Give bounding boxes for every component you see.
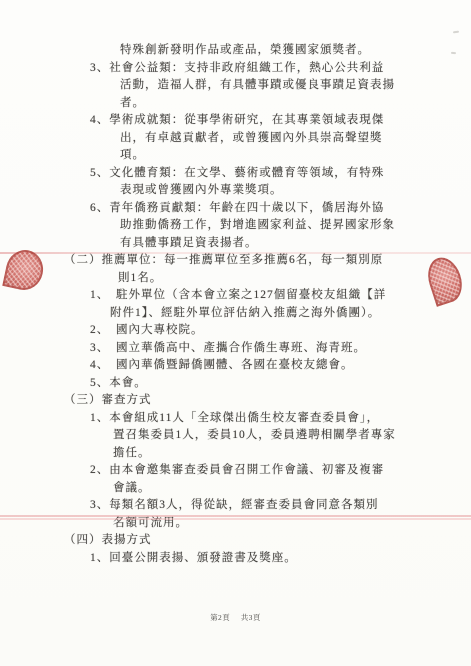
scan-speck <box>453 31 459 34</box>
text-line: 2、 國內大專校院。 <box>0 322 471 340</box>
text-line: 出，有卓越貢獻者，或曾獲國內外具崇高聲望獎 <box>0 130 471 148</box>
text-line: 2、由本會邀集審查委員會召開工作會議、初審及複審 <box>0 462 471 480</box>
text-line: 擔任。 <box>0 445 471 463</box>
text-line: 項。 <box>0 147 471 165</box>
page-footer: 第2頁 共3頁 <box>0 612 471 623</box>
text-line: 1、本會組成11人「全球傑出僑生校友審查委員會」， <box>0 410 471 428</box>
text-line: 3、 國立華僑高中、產攜合作僑生專班、海青班。 <box>0 340 471 358</box>
page-total-label: 共3頁 <box>241 613 261 622</box>
text-line: 4、 國內華僑暨歸僑團體、各國在臺校友總會。 <box>0 357 471 375</box>
page-number-label: 第2頁 <box>210 613 230 622</box>
text-line: 會議。 <box>0 480 471 498</box>
text-line: 1、 駐外單位（含本會立案之127個留臺校友組織【詳 <box>0 287 471 305</box>
text-line: 助推動僑務工作，對增進國家利益、提昇國家形象 <box>0 217 471 235</box>
scan-speck <box>451 52 456 54</box>
section-heading: （二）推薦單位：每一推薦單位至多推薦6名，每一類別原 <box>0 252 471 270</box>
text-line: 6、青年僑務貢獻類：年齡在四十歲以下，僑居海外協 <box>0 200 471 218</box>
text-line: 附件1】、經駐外單位評估納入推薦之海外僑團）。 <box>0 305 471 323</box>
document-page: 特殊創新發明作品或產品，榮獲國家頒獎者。 3、社會公益類：支持非政府組織工作，熱… <box>0 0 471 666</box>
text-line: 特殊創新發明作品或產品，榮獲國家頒獎者。 <box>0 42 471 60</box>
section-heading: （三）審查方式 <box>0 392 471 410</box>
text-line: 5、文化體育類：在文學、藝術或體育等領域，有特殊 <box>0 165 471 183</box>
section-heading: （四）表揚方式 <box>0 532 471 550</box>
text-line: 則1名。 <box>0 270 471 288</box>
text-line: 有具體事蹟足資表揚者。 <box>0 235 471 253</box>
text-line: 者。 <box>0 95 471 113</box>
text-line: 活動，造福人群，有具體事蹟或優良事蹟足資表揚 <box>0 77 471 95</box>
text-line: 4、學術成就類：從事學術研究，在其專業領域表現傑 <box>0 112 471 130</box>
text-line: 置召集委員1人，委員10人，委員遴聘相關學者專家 <box>0 427 471 445</box>
text-line: 表現或曾獲國內外專業獎項。 <box>0 182 471 200</box>
text-line: 5、本會。 <box>0 375 471 393</box>
document-body: 特殊創新發明作品或產品，榮獲國家頒獎者。 3、社會公益類：支持非政府組織工作，熱… <box>0 42 471 567</box>
text-line: 3、每類名額3人，得從缺，經審查委員會同意各類別 <box>0 497 471 515</box>
text-line: 名額可流用。 <box>0 515 471 533</box>
text-line: 1、回臺公開表揚、頒發證書及獎座。 <box>0 550 471 568</box>
text-line: 3、社會公益類：支持非政府組織工作，熱心公共利益 <box>0 60 471 78</box>
